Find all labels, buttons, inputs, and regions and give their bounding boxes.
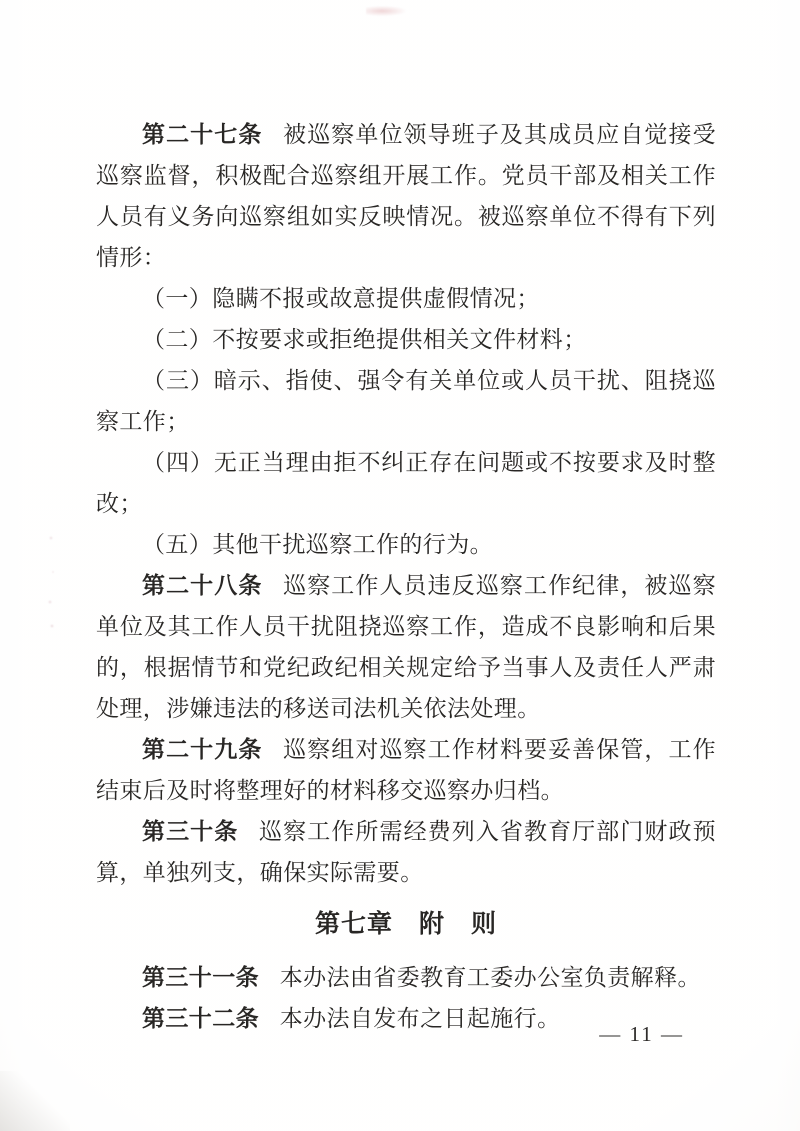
page-number: — 11 — [599, 1022, 684, 1047]
article-30-paragraph: 第三十条巡察工作所需经费列入省教育厅部门财政预算，单独列支，确保实际需要。 [96, 811, 716, 893]
scan-artifact-left-edge [44, 530, 58, 640]
article-30-number: 第三十条 [142, 818, 238, 844]
list-item-5-text: （五）其他干扰巡察工作的行为。 [142, 532, 493, 557]
list-item-4-text: （四）无正当理由拒不纠正存在问题或不按要求及时整改； [96, 450, 716, 516]
document-body: 第二十七条被巡察单位领导班子及其成员应自觉接受巡察监督，积极配合巡察组开展工作。… [96, 114, 716, 1039]
list-item-1-text: （一）隐瞒不报或故意提供虚假情况； [142, 286, 540, 311]
article-31-number: 第三十一条 [142, 964, 259, 990]
article-32-number: 第三十二条 [142, 1005, 259, 1031]
scan-artifact-top [366, 6, 406, 16]
article-27-number: 第二十七条 [142, 121, 262, 147]
list-item-2-text: （二）不按要求或拒绝提供相关文件材料； [142, 327, 587, 352]
chapter-7-heading: 第七章 附 则 [96, 902, 716, 946]
list-item-5: （五）其他干扰巡察工作的行为。 [96, 524, 716, 565]
list-item-1: （一）隐瞒不报或故意提供虚假情况； [96, 278, 716, 319]
article-31-text: 本办法由省委教育工委办公室负责解释。 [280, 965, 701, 990]
article-29-paragraph: 第二十九条巡察组对巡察工作材料要妥善保管，工作结束后及时将整理好的材料移交巡察办… [96, 729, 716, 811]
article-29-number: 第二十九条 [142, 736, 262, 762]
article-32-text: 本办法自发布之日起施行。 [280, 1006, 561, 1031]
article-27-paragraph: 第二十七条被巡察单位领导班子及其成员应自觉接受巡察监督，积极配合巡察组开展工作。… [96, 114, 716, 278]
list-item-4: （四）无正当理由拒不纠正存在问题或不按要求及时整改； [96, 442, 716, 524]
article-28-number: 第二十八条 [142, 572, 262, 598]
scan-corner-shadow [0, 1071, 70, 1131]
article-31-paragraph: 第三十一条本办法由省委教育工委办公室负责解释。 [96, 957, 716, 998]
list-item-2: （二）不按要求或拒绝提供相关文件材料； [96, 319, 716, 360]
article-28-paragraph: 第二十八条巡察工作人员违反巡察工作纪律，被巡察单位及其工作人员干扰阻挠巡察工作，… [96, 565, 716, 729]
list-item-3-text: （三）暗示、指使、强令有关单位或人员干扰、阻挠巡察工作； [96, 368, 716, 434]
list-item-3: （三）暗示、指使、强令有关单位或人员干扰、阻挠巡察工作； [96, 360, 716, 442]
scanned-document-page: 第二十七条被巡察单位领导班子及其成员应自觉接受巡察监督，积极配合巡察组开展工作。… [0, 0, 800, 1131]
